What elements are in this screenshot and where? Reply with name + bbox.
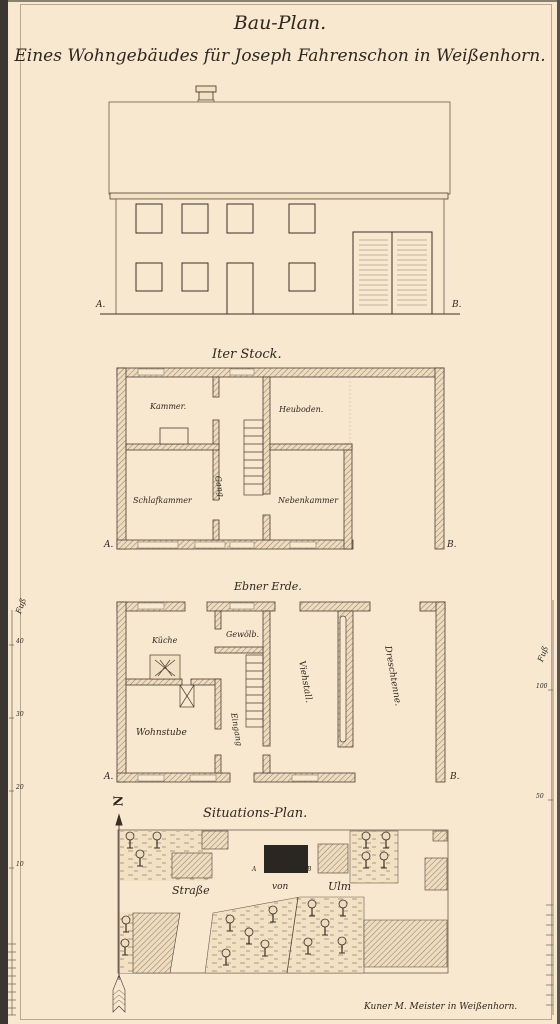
room-label-kueche: Küche [152, 636, 177, 645]
room-label-kammer: Kammer. [150, 402, 186, 411]
elevation-view [100, 86, 460, 314]
ground-marker-b: B. [450, 772, 459, 782]
room-label-heuboden: Heuboden. [279, 405, 323, 414]
room-label-nebenkammer: Nebenkammer [278, 496, 338, 505]
scale-right-tick-100: 100 [536, 683, 547, 690]
room-label-wohnstube: Wohnstube [136, 728, 187, 738]
room-label-schlafkammer: Schlafkammer [133, 496, 192, 505]
scale-right-tick-50: 50 [536, 793, 544, 800]
elevation-marker-b: B. [452, 300, 461, 310]
upper-floor-stair [244, 420, 263, 495]
scale-left-tick-10: 10 [16, 861, 24, 868]
scale-bar-right [546, 600, 553, 1015]
ground-floor-heading: Ebner Erde. [234, 580, 302, 593]
upper-floor-heading: Iter Stock. [212, 347, 282, 362]
site-marker-b: B [307, 866, 311, 873]
upper-floor-plan [117, 368, 444, 549]
site-plan [118, 830, 448, 973]
north-label: N [111, 796, 125, 807]
scale-left-tick-30: 30 [16, 711, 24, 718]
elevation-marker-a: A. [96, 300, 105, 310]
site-marker-a: A [252, 866, 256, 873]
scale-left-tick-20: 20 [16, 784, 24, 791]
site-plan-heading: Situations-Plan. [203, 806, 307, 821]
ground-marker-a: A. [104, 772, 113, 782]
street-label-von: von [272, 882, 288, 892]
scale-bar-left [8, 610, 16, 1015]
scale-left-tick-40: 40 [16, 638, 24, 645]
street-label-ulm: Ulm [328, 880, 351, 893]
room-label-gewoelb: Gewölb. [226, 630, 259, 639]
upper-marker-b: B. [447, 540, 456, 550]
signature: Kuner M. Meister in Weißenhorn. [364, 1002, 517, 1012]
architectural-drawing [0, 0, 560, 1024]
upper-marker-a: A. [104, 540, 113, 550]
street-label-strasse: Straße [172, 884, 210, 897]
